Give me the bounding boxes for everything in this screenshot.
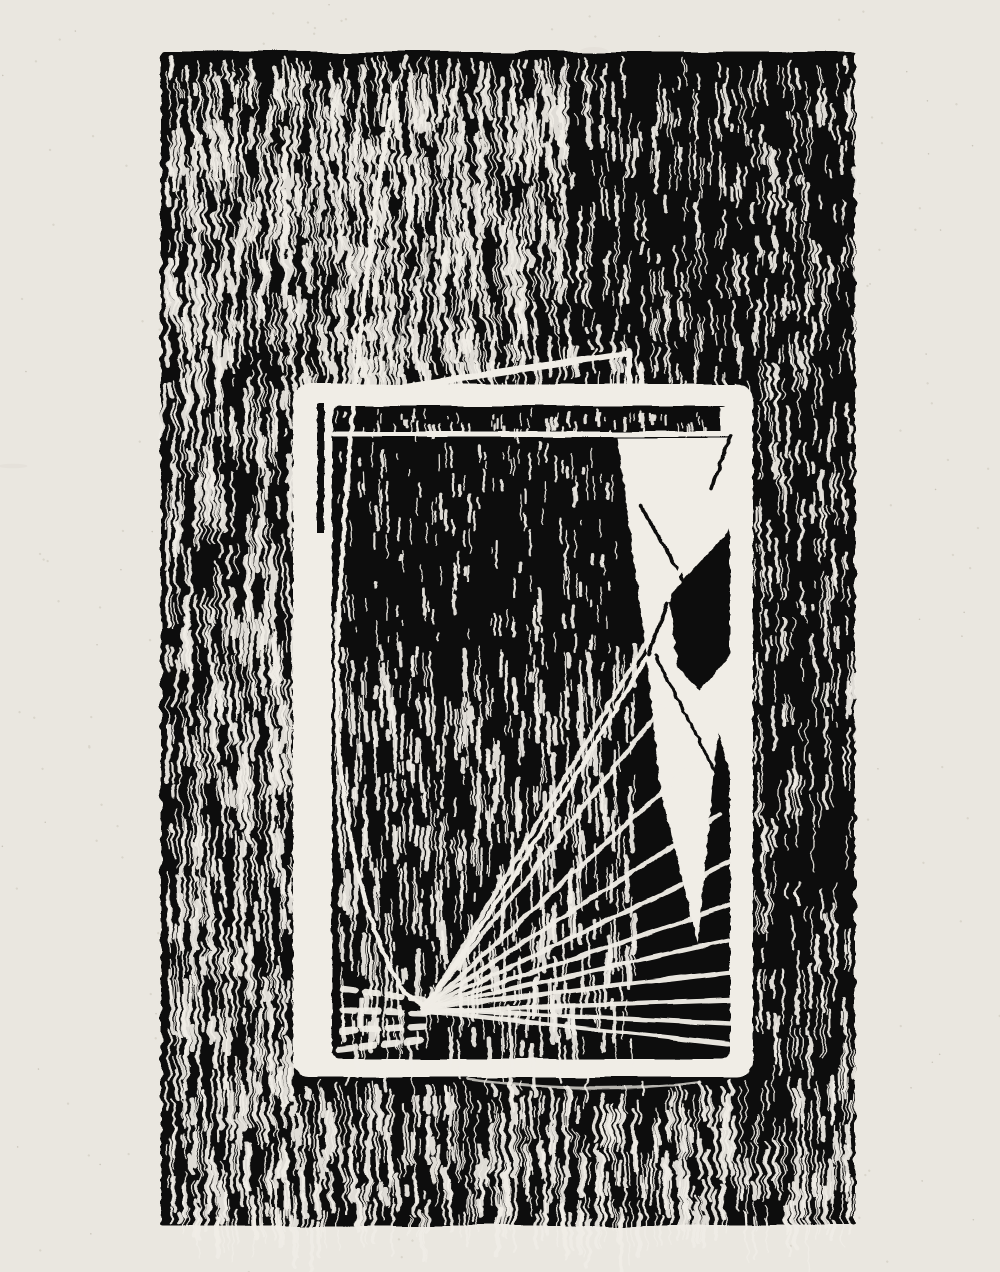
frame-strip-end-gap — [720, 407, 730, 434]
frame-left-accent — [317, 404, 324, 532]
artwork-page: Abstract black woodcut print on cream pa… — [0, 0, 1000, 1272]
print-svg — [0, 0, 1000, 1272]
